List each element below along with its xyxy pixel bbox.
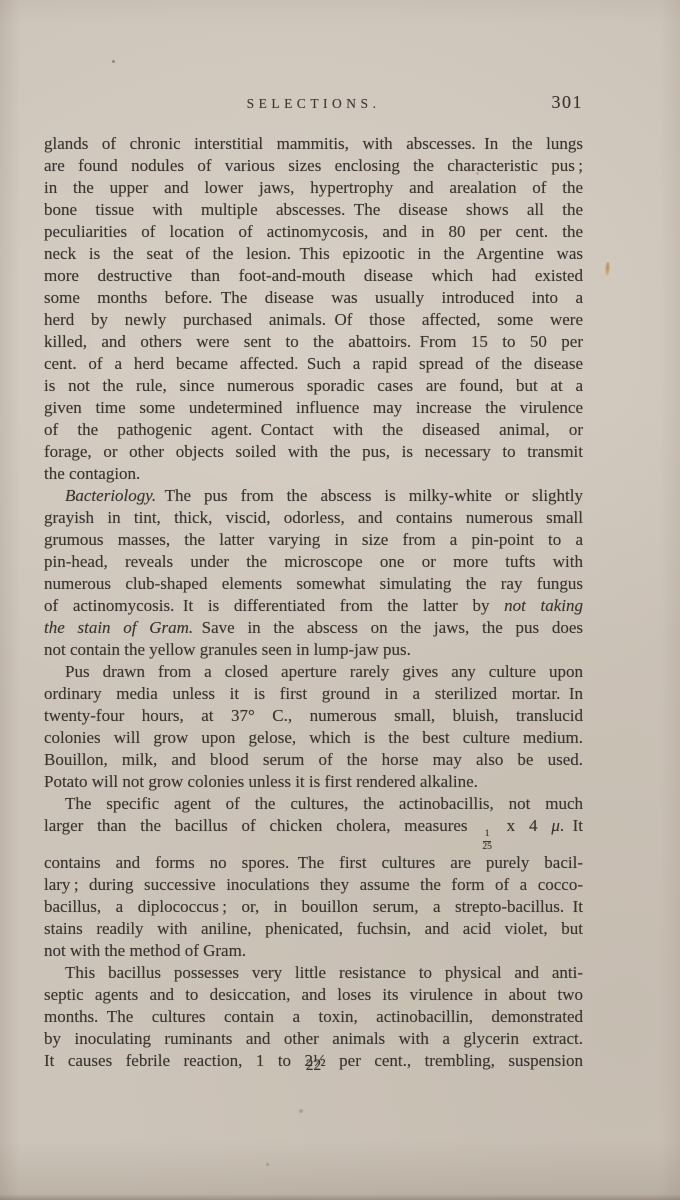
text-run: Pus drawn from a closed aperture rarely … — [65, 662, 583, 681]
text-run: The pus from the abscess is milky-white … — [156, 486, 583, 505]
text-line: herd by newly purchased animals. Of thos… — [44, 309, 583, 331]
text-run: numerous club-shaped elements somewhat s… — [44, 574, 583, 593]
paragraph: The specific agent of the cultures, the … — [44, 793, 583, 962]
text-line: grumous masses, the latter varying in si… — [44, 529, 583, 551]
text-run: colonies will grow upon gelose, which is… — [44, 728, 583, 747]
text-run: of the pathogenic agent. Contact with th… — [44, 420, 583, 439]
text-line: Bacteriology. The pus from the abscess i… — [44, 485, 583, 507]
text-run: neck is the seat of the lesion. This epi… — [44, 244, 583, 263]
text-line: grayish in tint, thick, viscid, odorless… — [44, 507, 583, 529]
text-line: contains and forms no spores. The first … — [44, 852, 583, 874]
text-line: lary ; during successive inoculations th… — [44, 874, 583, 896]
text-line: pin-head, reveals under the microscope o… — [44, 551, 583, 573]
text-line: the contagion. — [44, 463, 583, 485]
text-run: given time some undetermined influence m… — [44, 398, 583, 417]
text-run: . It — [560, 816, 583, 835]
stacked-fraction: 125 — [482, 830, 492, 852]
text-run: pin-head, reveals under the microscope o… — [44, 552, 583, 571]
text-line: neck is the seat of the lesion. This epi… — [44, 243, 583, 265]
text-line: given time some undetermined influence m… — [44, 397, 583, 419]
text-line: ordinary media unless it is first ground… — [44, 683, 583, 705]
text-line: by inoculating ruminants and other anima… — [44, 1028, 583, 1050]
paper-stain-fleck — [605, 262, 611, 276]
book-page: SELECTIONS. 301 glands of chronic inters… — [0, 0, 680, 1200]
text-line: colonies will grow upon gelose, which is… — [44, 727, 583, 749]
text-run: forage, or other objects soiled with the… — [44, 442, 583, 461]
italic-text: Bacteriology. — [65, 486, 156, 505]
text-run: The specific agent of the cultures, the … — [65, 794, 583, 813]
text-line: twenty-four hours, at 37° C., numerous s… — [44, 705, 583, 727]
page-number: 301 — [552, 92, 584, 113]
text-run: grayish in tint, thick, viscid, odorless… — [44, 508, 583, 527]
text-line: not with the method of Gram. — [44, 940, 583, 962]
text-run: bacillus, a diplococcus ; or, in bouillo… — [44, 897, 583, 916]
text-run: of actinomycosis. It is differentiated f… — [44, 596, 504, 615]
signature-mark: 22 — [44, 1055, 583, 1077]
text-line: of actinomycosis. It is differentiated f… — [44, 595, 583, 617]
text-run: not with the method of Gram. — [44, 941, 246, 960]
text-line: in the upper and lower jaws, hypertrophy… — [44, 177, 583, 199]
text-line: larger than the bacillus of chicken chol… — [44, 815, 583, 852]
text-run: contains and forms no spores. The first … — [44, 853, 583, 872]
text-line: peculiarities of location of actinomycos… — [44, 221, 583, 243]
text-line: not contain the yellow granules seen in … — [44, 639, 583, 661]
text-line: is not the rule, since numerous sporadic… — [44, 375, 583, 397]
text-line: The specific agent of the cultures, the … — [44, 793, 583, 815]
text-line: months. The cultures contain a toxin, ac… — [44, 1006, 583, 1028]
text-line: killed, and others were sent to the abat… — [44, 331, 583, 353]
running-head: SELECTIONS. 301 — [44, 95, 583, 113]
text-run: not contain the yellow granules seen in … — [44, 640, 411, 659]
text-run: are found nodules of various sizes enclo… — [44, 156, 583, 175]
text-line: cent. of a herd became affected. Such a … — [44, 353, 583, 375]
text-run: the contagion. — [44, 464, 140, 483]
text-run: more destructive than foot-and-mouth dis… — [44, 266, 583, 285]
text-run: Bouillon, milk, and blood serum of the h… — [44, 750, 583, 769]
italic-text: the stain of Gram. — [44, 618, 193, 637]
text-line: glands of chronic interstitial mammitis,… — [44, 133, 583, 155]
text-run: This bacillus possesses very little resi… — [65, 963, 583, 982]
text-run: is not the rule, since numerous sporadic… — [44, 376, 583, 395]
text-run: herd by newly purchased animals. Of thos… — [44, 310, 583, 329]
text-run: in the upper and lower jaws, hypertrophy… — [44, 178, 583, 197]
page-body: glands of chronic interstitial mammitis,… — [44, 133, 583, 1072]
text-run: x 4 — [493, 816, 551, 835]
text-line: Pus drawn from a closed aperture rarely … — [44, 661, 583, 683]
text-line: the stain of Gram. Save in the abscess o… — [44, 617, 583, 639]
text-run: glands of chronic interstitial mammitis,… — [44, 134, 583, 153]
paragraph: Pus drawn from a closed aperture rarely … — [44, 661, 583, 793]
text-line: Potato will not grow colonies unless it … — [44, 771, 583, 793]
text-run: stains readily with aniline, phenicated,… — [44, 919, 583, 938]
italic-text: μ — [551, 816, 560, 835]
text-line: septic agents and to desiccation, and lo… — [44, 984, 583, 1006]
text-line: bone tissue with multiple abscesses. The… — [44, 199, 583, 221]
text-run: some months before. The disease was usua… — [44, 288, 583, 307]
paragraph: glands of chronic interstitial mammitis,… — [44, 133, 583, 485]
text-line: forage, or other objects soiled with the… — [44, 441, 583, 463]
text-run: septic agents and to desiccation, and lo… — [44, 985, 583, 1004]
italic-text: not taking — [504, 596, 583, 615]
text-run: bone tissue with multiple abscesses. The… — [44, 200, 583, 219]
text-line: This bacillus possesses very little resi… — [44, 962, 583, 984]
text-column: SELECTIONS. 301 glands of chronic inters… — [44, 0, 583, 1200]
text-run: cent. of a herd became affected. Such a … — [44, 354, 583, 373]
text-line: some months before. The disease was usua… — [44, 287, 583, 309]
text-run: peculiarities of location of actinomycos… — [44, 222, 583, 241]
text-run: twenty-four hours, at 37° C., numerous s… — [44, 706, 583, 725]
text-line: numerous club-shaped elements somewhat s… — [44, 573, 583, 595]
text-line: of the pathogenic agent. Contact with th… — [44, 419, 583, 441]
page-edge-shadow — [0, 1194, 680, 1200]
text-line: more destructive than foot-and-mouth dis… — [44, 265, 583, 287]
text-run: Potato will not grow colonies unless it … — [44, 772, 478, 791]
text-run: grumous masses, the latter varying in si… — [44, 530, 583, 549]
text-line: stains readily with aniline, phenicated,… — [44, 918, 583, 940]
paragraph: Bacteriology. The pus from the abscess i… — [44, 485, 583, 661]
text-line: bacillus, a diplococcus ; or, in bouillo… — [44, 896, 583, 918]
text-run: ordinary media unless it is first ground… — [44, 684, 583, 703]
text-line: Bouillon, milk, and blood serum of the h… — [44, 749, 583, 771]
running-head-title: SELECTIONS. — [247, 96, 381, 111]
text-run: Save in the abscess on the jaws, the pus… — [193, 618, 583, 637]
text-run: by inoculating ruminants and other anima… — [44, 1029, 583, 1048]
text-run: lary ; during successive inoculations th… — [44, 875, 583, 894]
text-run: larger than the bacillus of chicken chol… — [44, 816, 481, 835]
text-run: killed, and others were sent to the abat… — [44, 332, 583, 351]
text-line: are found nodules of various sizes enclo… — [44, 155, 583, 177]
text-run: months. The cultures contain a toxin, ac… — [44, 1007, 583, 1026]
